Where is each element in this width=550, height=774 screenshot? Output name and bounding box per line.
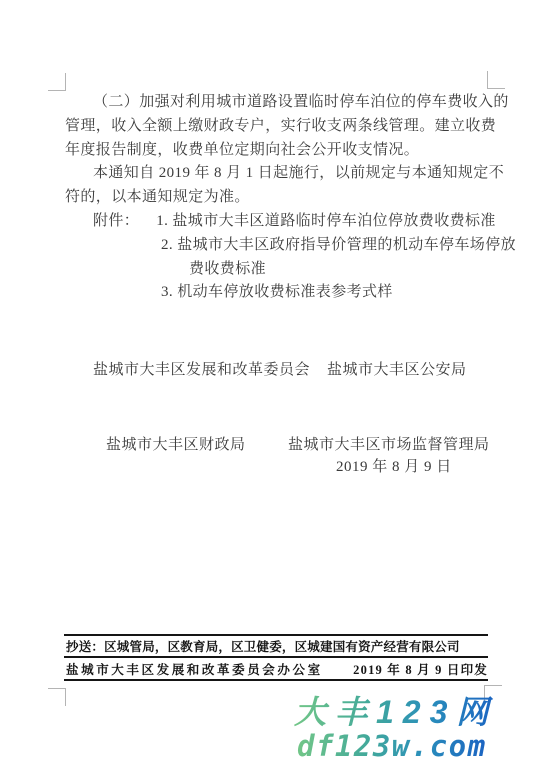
- signature-org-development-reform-commission: 盐城市大丰区发展和改革委员会: [93, 358, 310, 379]
- document-footer: 抄送：区城管局，区教育局，区卫健委，区城建国有资产经营有限公司 盐城市大丰区发展…: [64, 634, 488, 681]
- footer-print-date: 2019 年 8 月 9 日印发: [353, 660, 488, 678]
- body-line: （二）加强对利用城市道路设置临时停车泊位的停车费收入的: [65, 91, 488, 115]
- document-body: （二）加强对利用城市道路设置临时停车泊位的停车费收入的 管理，收入全额上缴财政专…: [65, 91, 488, 305]
- signature-date: 2019 年 8 月 9 日: [336, 455, 452, 476]
- text-boundary-mark-top-right: [487, 71, 505, 89]
- body-line: 年度报告制度，收费单位定期向社会公开收支情况。: [65, 139, 488, 163]
- footer-issuer-office: 盐城市大丰区发展和改革委员会办公室: [64, 660, 323, 678]
- attachment-item: 2. 盐城市大丰区政府指导价管理的机动车停车场停放: [65, 234, 488, 258]
- footer-issuer-row: 盐城市大丰区发展和改革委员会办公室 2019 年 8 月 9 日印发: [64, 658, 488, 681]
- text-boundary-mark-top-left: [48, 73, 66, 91]
- signature-org-public-security-bureau: 盐城市大丰区公安局: [327, 358, 467, 379]
- attachments-line: 附件：1. 盐城市大丰区道路临时停车泊位停放费收费标准: [65, 210, 488, 234]
- body-line: 管理，收入全额上缴财政专户，实行收支两条线管理。建立收费: [65, 115, 488, 139]
- document-page: （二）加强对利用城市道路设置临时停车泊位的停车费收入的 管理，收入全额上缴财政专…: [0, 0, 550, 774]
- footer-cc-text: 抄送：区城管局，区教育局，区卫健委，区城建国有资产经营有限公司: [64, 637, 460, 655]
- footer-cc-row: 抄送：区城管局，区教育局，区卫健委，区城建国有资产经营有限公司: [64, 636, 488, 658]
- body-line: 本通知自 2019 年 8 月 1 日起施行，以前规定与本通知规定不: [65, 162, 488, 186]
- watermark-site-url: df123w.com: [297, 729, 487, 763]
- signature-org-finance-bureau: 盐城市大丰区财政局: [106, 433, 246, 454]
- text-boundary-mark-bottom-left: [48, 688, 66, 706]
- attachment-item-continuation: 费收费标准: [65, 258, 488, 282]
- signature-org-market-supervision-bureau: 盐城市大丰区市场监督管理局: [288, 433, 490, 454]
- attachments-label: 附件：: [93, 213, 139, 229]
- attachment-item: 3. 机动车停放收费标准表参考式样: [65, 281, 488, 305]
- body-line: 符的，以本通知规定为准。: [65, 186, 488, 210]
- watermark-site-name: 大丰123网: [294, 687, 497, 733]
- attachment-item: 1. 盐城市大丰区道路临时停车泊位停放费收费标准: [156, 213, 496, 229]
